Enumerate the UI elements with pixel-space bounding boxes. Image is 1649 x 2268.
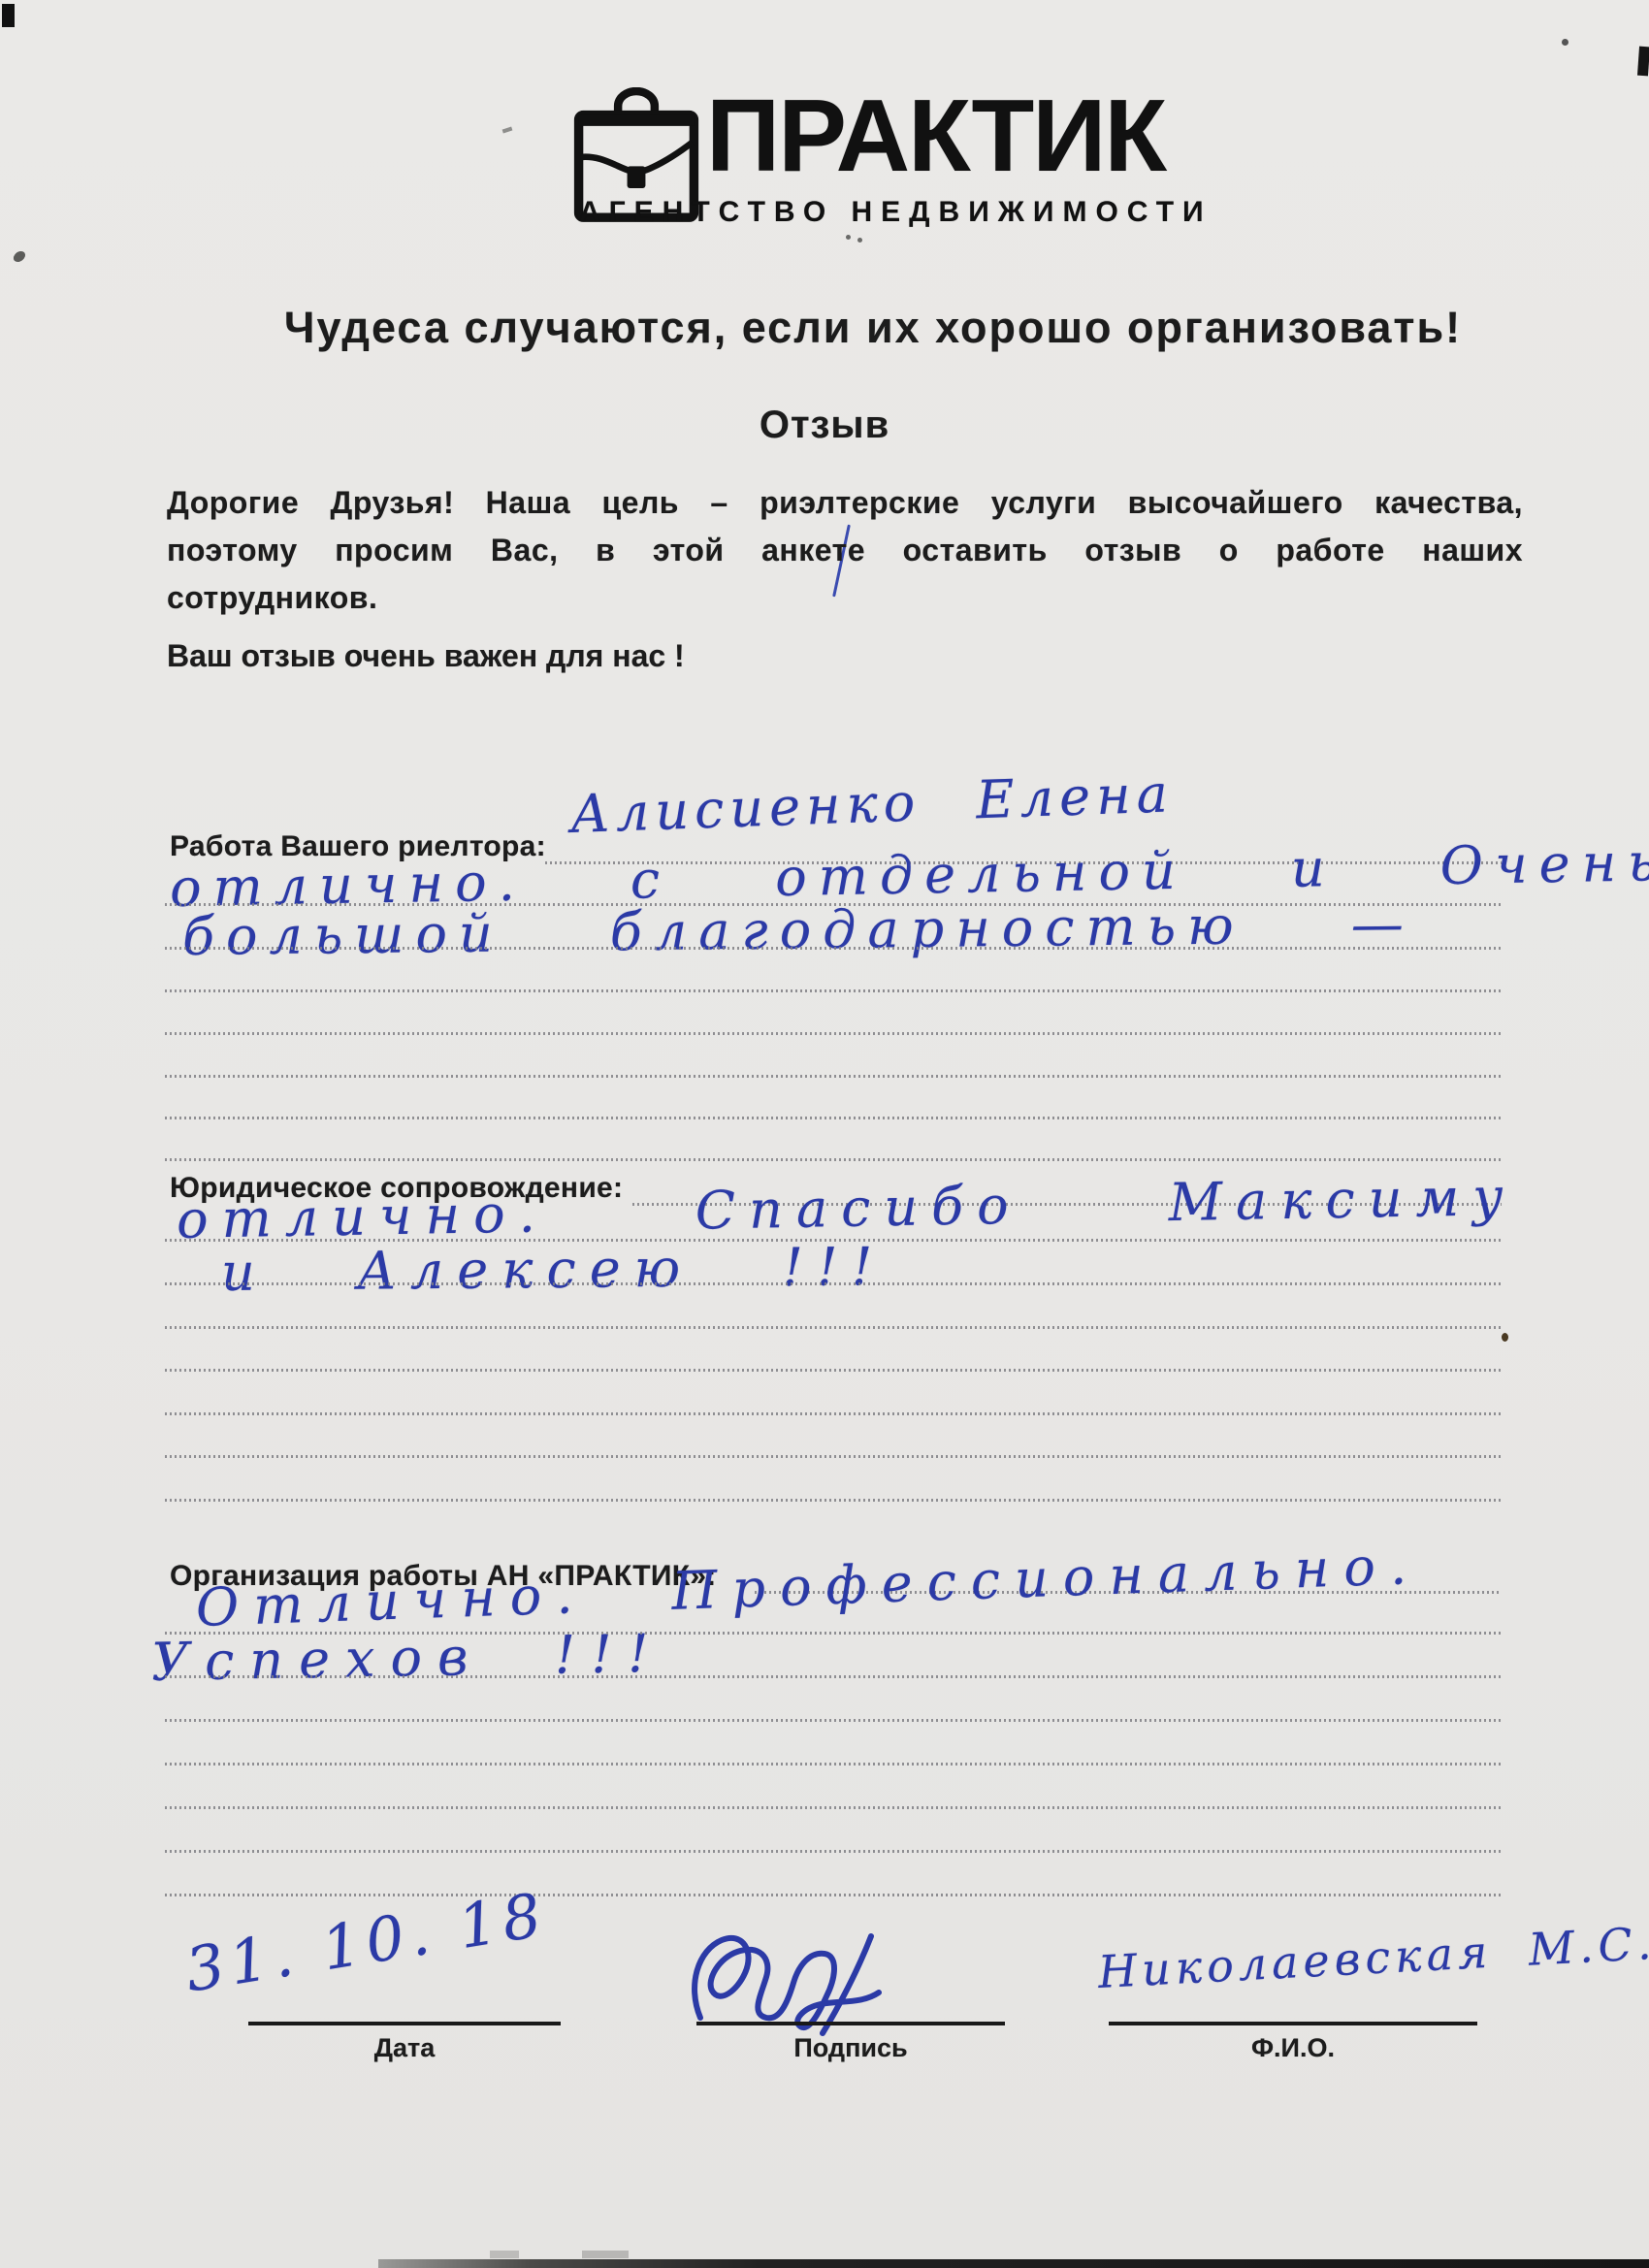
handwriting-legal-line: и Алексею !!! bbox=[221, 1236, 887, 1303]
dotted-line bbox=[165, 1282, 1502, 1285]
scan-edge-mark bbox=[1637, 47, 1649, 77]
scan-bottom-band bbox=[378, 2259, 1649, 2268]
dotted-line bbox=[165, 1075, 1502, 1078]
brand-subtitle: АГЕНТСТВО НЕДВИЖИМОСТИ bbox=[579, 196, 1212, 229]
dotted-line bbox=[165, 1032, 1502, 1035]
dotted-line bbox=[165, 1763, 1502, 1766]
intro-line: поэтому просим Вас, в этой анкете остави… bbox=[167, 533, 1523, 568]
intro-line: сотрудников. bbox=[167, 580, 1523, 616]
dotted-line bbox=[165, 1850, 1502, 1853]
handwritten-name: Николаевская М.С. bbox=[1097, 1917, 1649, 1998]
dotted-line bbox=[165, 947, 1502, 950]
dotted-line bbox=[165, 1499, 1502, 1502]
scan-smudge bbox=[582, 2251, 629, 2258]
signature-line bbox=[696, 2022, 1005, 2025]
handwritten-date: 31. 10. 18 bbox=[180, 1879, 551, 2006]
dotted-line bbox=[165, 1239, 1502, 1242]
scan-speck bbox=[1562, 39, 1568, 46]
scan-speck bbox=[846, 235, 851, 240]
scanned-feedback-form: ПРАКТИК АГЕНТСТВО НЕДВИЖИМОСТИ Чудеса сл… bbox=[0, 0, 1649, 2268]
scan-smudge bbox=[490, 2251, 519, 2258]
dotted-line bbox=[165, 1806, 1502, 1809]
date-label: Дата bbox=[248, 2033, 561, 2063]
dotted-line bbox=[165, 989, 1502, 992]
handwriting-realtor-name: Алисиенко Елена bbox=[569, 762, 1175, 845]
dotted-line bbox=[165, 1675, 1502, 1678]
scan-corner-mark bbox=[2, 4, 15, 27]
signature-label: Подпись bbox=[696, 2033, 1005, 2063]
dotted-line bbox=[165, 1326, 1502, 1329]
scan-speck bbox=[1502, 1333, 1508, 1342]
note: Ваш отзыв очень важен для нас ! bbox=[167, 638, 685, 674]
dotted-line bbox=[165, 1719, 1502, 1722]
dotted-line bbox=[165, 903, 1502, 906]
headline: Чудеса случаются, если их хорошо организ… bbox=[0, 303, 1649, 353]
date-line bbox=[248, 2022, 561, 2025]
dotted-line bbox=[165, 1455, 1502, 1458]
form-title: Отзыв bbox=[0, 404, 1649, 447]
scan-speck bbox=[12, 248, 27, 264]
dotted-line bbox=[165, 1369, 1502, 1372]
dotted-line bbox=[165, 1632, 1502, 1635]
name-label: Ф.И.О. bbox=[1109, 2033, 1477, 2063]
dotted-line bbox=[165, 1412, 1502, 1415]
name-line bbox=[1109, 2022, 1477, 2025]
scan-speck bbox=[857, 238, 862, 243]
intro-line: Дорогие Друзья! Наша цель – риэлтерские … bbox=[167, 485, 1523, 521]
brand-name: ПРАКТИК bbox=[706, 78, 1165, 195]
dotted-line bbox=[165, 1158, 1502, 1161]
dotted-line bbox=[165, 1117, 1502, 1119]
handwriting-organisation-line: Отлично. Профессионально. bbox=[195, 1535, 1422, 1638]
dotted-line bbox=[165, 1894, 1502, 1896]
scan-speck bbox=[502, 127, 513, 134]
